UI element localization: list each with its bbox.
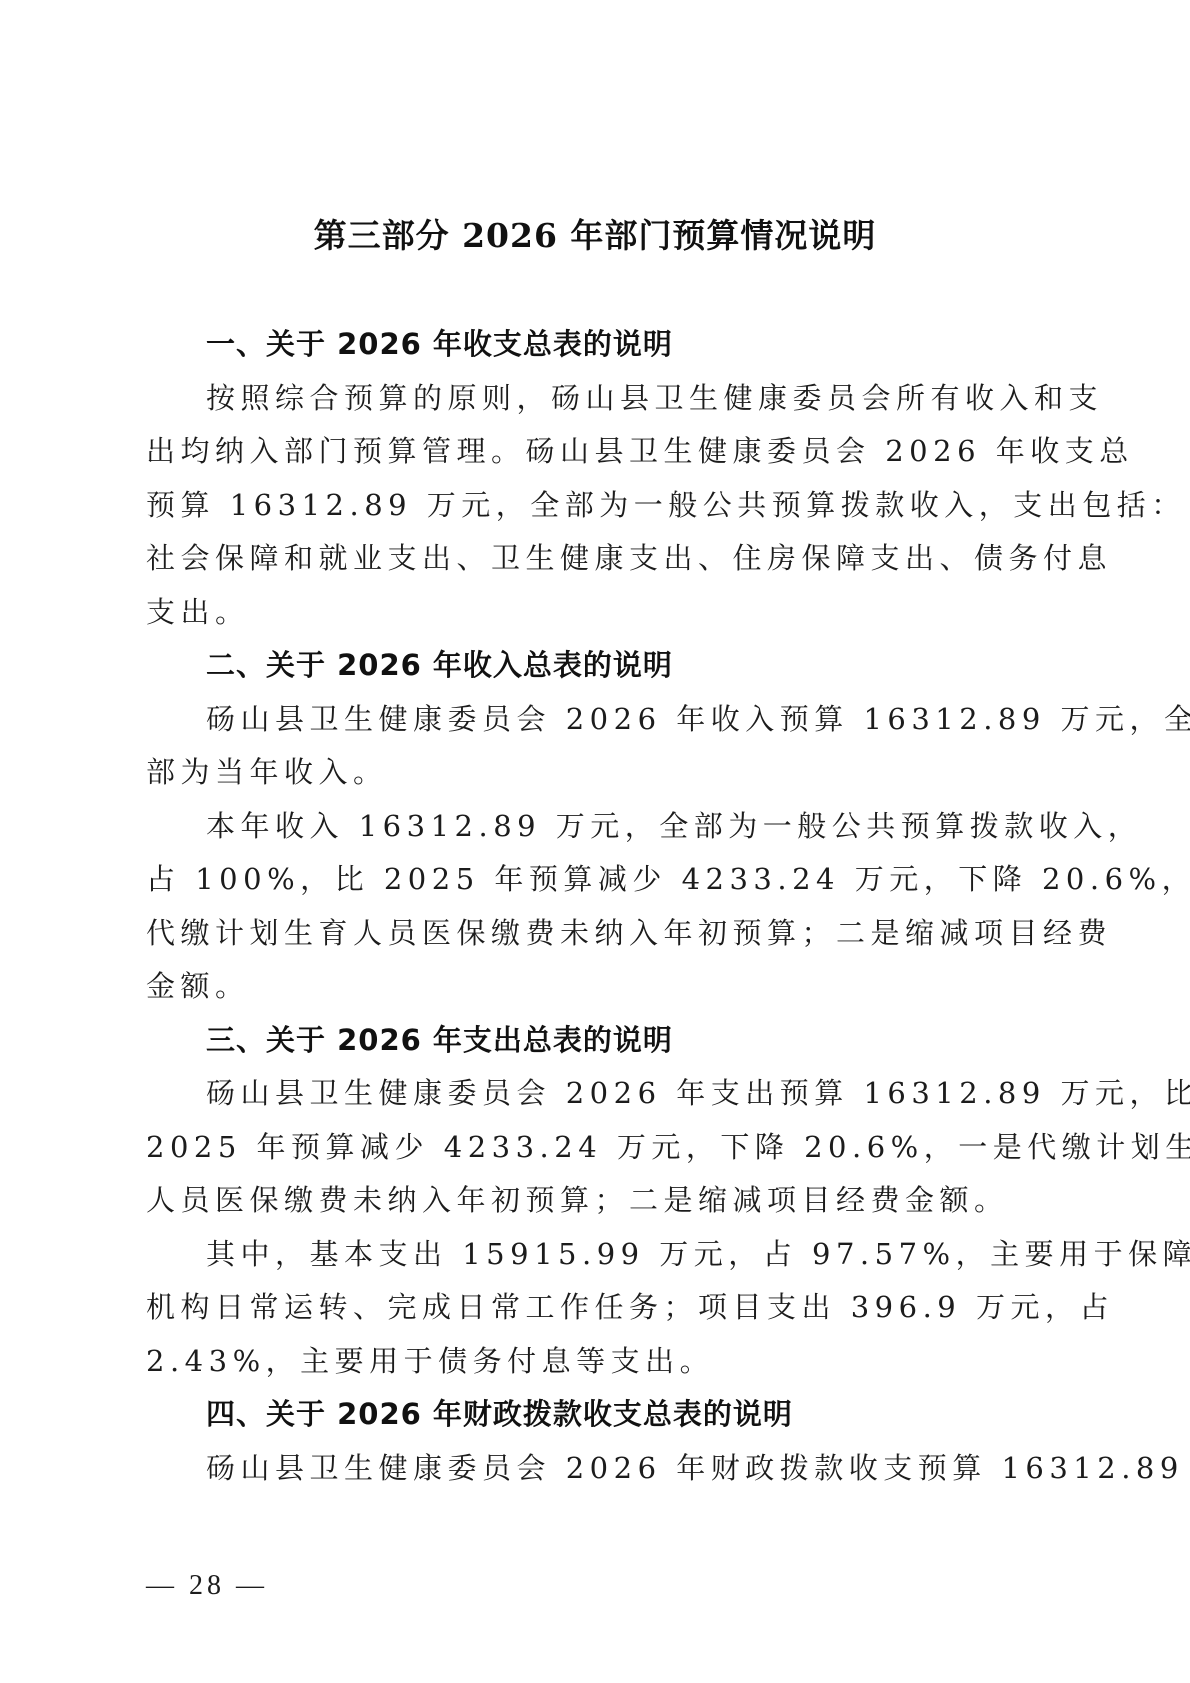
paragraph-line: 占 100%，比 2025 年预算减少 4233.24 万元，下降 20.6%，…	[146, 853, 1036, 907]
paragraph-line: 人员医保缴费未纳入年初预算；二是缩减项目经费金额。	[146, 1174, 1036, 1228]
paragraph-line: 代缴计划生育人员医保缴费未纳入年初预算；二是缩减项目经费	[146, 907, 1036, 961]
paragraph-line: 机构日常运转、完成日常工作任务；项目支出 396.9 万元，占	[146, 1281, 1036, 1335]
paragraph-line: 按照综合预算的原则，砀山县卫生健康委员会所有收入和支	[146, 372, 1036, 426]
section-1: 一、关于 2026 年收支总表的说明 按照综合预算的原则，砀山县卫生健康委员会所…	[146, 318, 1036, 639]
document-body: 一、关于 2026 年收支总表的说明 按照综合预算的原则，砀山县卫生健康委员会所…	[146, 318, 1036, 1495]
paragraph-line: 砀山县卫生健康委员会 2026 年支出预算 16312.89 万元，比	[146, 1067, 1036, 1121]
section-heading: 四、关于 2026 年财政拨款收支总表的说明	[146, 1388, 1036, 1442]
paragraph-line: 砀山县卫生健康委员会 2026 年收入预算 16312.89 万元，全	[146, 693, 1036, 747]
section-heading: 一、关于 2026 年收支总表的说明	[146, 318, 1036, 372]
document-page: 第三部分 2026 年部门预算情况说明 一、关于 2026 年收支总表的说明 按…	[0, 0, 1190, 1683]
section-2: 二、关于 2026 年收入总表的说明 砀山县卫生健康委员会 2026 年收入预算…	[146, 639, 1036, 1014]
paragraph-line: 预算 16312.89 万元，全部为一般公共预算拨款收入，支出包括：	[146, 479, 1036, 533]
paragraph-line: 2.43%，主要用于债务付息等支出。	[146, 1335, 1036, 1389]
paragraph-line: 支出。	[146, 586, 1036, 640]
page-number: — 28 —	[146, 1570, 268, 1602]
section-3: 三、关于 2026 年支出总表的说明 砀山县卫生健康委员会 2026 年支出预算…	[146, 1014, 1036, 1389]
paragraph-line: 其中，基本支出 15915.99 万元，占 97.57%，主要用于保障	[146, 1228, 1036, 1282]
section-heading: 二、关于 2026 年收入总表的说明	[146, 639, 1036, 693]
page-title: 第三部分 2026 年部门预算情况说明	[0, 210, 1190, 257]
section-heading: 三、关于 2026 年支出总表的说明	[146, 1014, 1036, 1068]
paragraph-line: 部为当年收入。	[146, 746, 1036, 800]
paragraph-line: 出均纳入部门预算管理。砀山县卫生健康委员会 2026 年收支总	[146, 425, 1036, 479]
paragraph-line: 社会保障和就业支出、卫生健康支出、住房保障支出、债务付息	[146, 532, 1036, 586]
paragraph-line: 2025 年预算减少 4233.24 万元，下降 20.6%，一是代缴计划生育	[146, 1121, 1036, 1175]
paragraph-line: 金额。	[146, 960, 1036, 1014]
section-4: 四、关于 2026 年财政拨款收支总表的说明 砀山县卫生健康委员会 2026 年…	[146, 1388, 1036, 1495]
paragraph-line: 砀山县卫生健康委员会 2026 年财政拨款收支预算 16312.89	[146, 1442, 1036, 1496]
paragraph-line: 本年收入 16312.89 万元，全部为一般公共预算拨款收入，	[146, 800, 1036, 854]
